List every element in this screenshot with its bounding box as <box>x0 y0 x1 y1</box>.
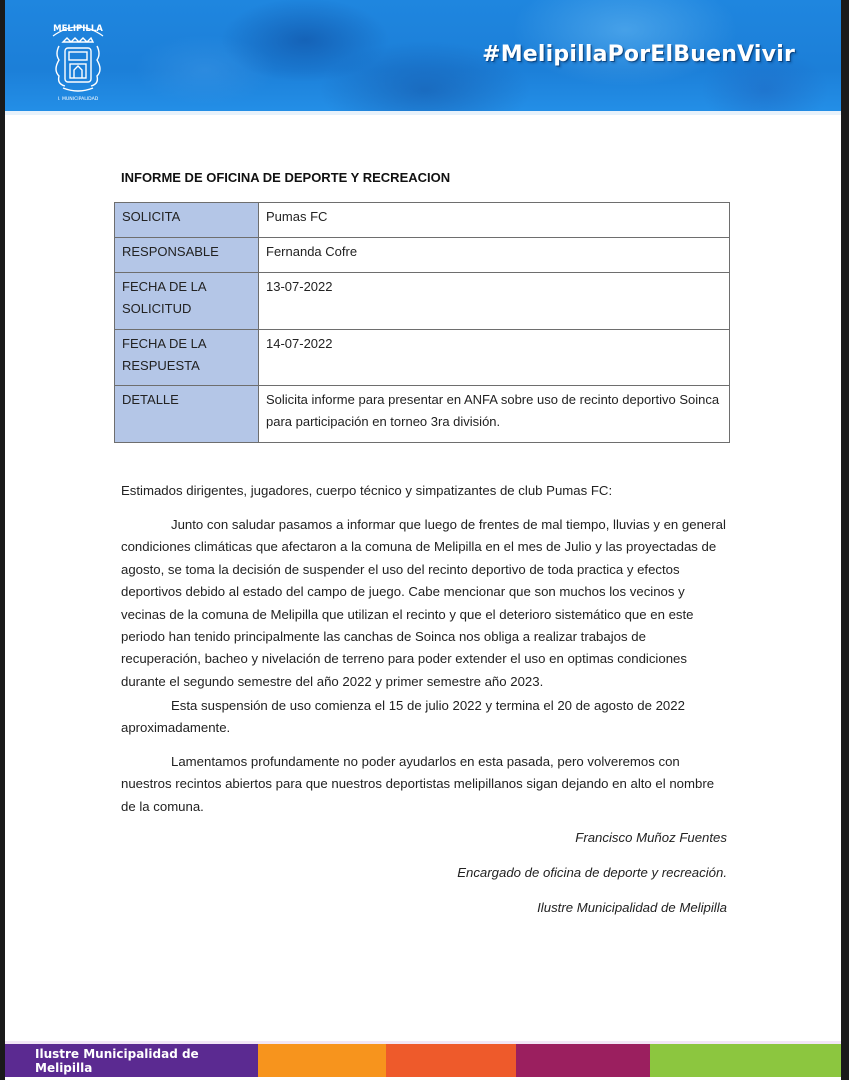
row-value: Fernanda Cofre <box>259 238 730 273</box>
screen-edge-right <box>841 0 849 1080</box>
row-value: 13-07-2022 <box>259 273 730 330</box>
municipality-crest-icon: MELIPILLA I. MUNICIPALIDAD <box>47 14 109 102</box>
request-info-table: SOLICITA Pumas FC RESPONSABLE Fernanda C… <box>114 202 730 443</box>
row-key: DETALLE <box>115 386 259 443</box>
letter-greeting: Estimados dirigentes, jugadores, cuerpo … <box>121 480 729 502</box>
footer-color-segment <box>386 1044 516 1077</box>
table-row: SOLICITA Pumas FC <box>115 203 730 238</box>
svg-text:MELIPILLA: MELIPILLA <box>53 24 103 34</box>
footer-color-bar: Ilustre Municipalidad de Melipilla <box>5 1044 841 1077</box>
row-key: RESPONSABLE <box>115 238 259 273</box>
row-value: 14-07-2022 <box>259 330 730 386</box>
signature-position: Encargado de oficina de deporte y recrea… <box>457 865 727 880</box>
footer-institution-label: Ilustre Municipalidad de Melipilla <box>5 1044 258 1077</box>
table-row: DETALLE Solicita informe para presentar … <box>115 386 730 443</box>
row-value: Pumas FC <box>259 203 730 238</box>
letter-paragraph: Esta suspensión de uso comienza el 15 de… <box>121 695 729 740</box>
table-row: RESPONSABLE Fernanda Cofre <box>115 238 730 273</box>
row-key: FECHA DE LA SOLICITUD <box>115 273 259 330</box>
table-row: FECHA DE LA RESPUESTA 14-07-2022 <box>115 330 730 386</box>
svg-text:I. MUNICIPALIDAD: I. MUNICIPALIDAD <box>58 96 99 102</box>
signature-institution: Ilustre Municipalidad de Melipilla <box>537 900 727 915</box>
screen-edge-left <box>0 0 5 1080</box>
footer-label-text: Ilustre Municipalidad de Melipilla <box>35 1047 258 1075</box>
row-value: Solicita informe para presentar en ANFA … <box>259 386 730 443</box>
row-key: FECHA DE LA RESPUESTA <box>115 330 259 386</box>
table-row: FECHA DE LA SOLICITUD 13-07-2022 <box>115 273 730 330</box>
letter-paragraph: Lamentamos profundamente no poder ayudar… <box>121 751 729 818</box>
signature-name: Francisco Muñoz Fuentes <box>575 830 727 845</box>
letter-paragraph: Junto con saludar pasamos a informar que… <box>121 514 729 693</box>
footer-color-segment <box>650 1044 841 1077</box>
header-banner: MELIPILLA I. MUNICIPALIDAD #MelipillaPor… <box>5 0 841 115</box>
footer-color-segment <box>516 1044 650 1077</box>
document-title: INFORME DE OFICINA DE DEPORTE Y RECREACI… <box>121 170 450 185</box>
footer-color-segment <box>258 1044 386 1077</box>
row-key: SOLICITA <box>115 203 259 238</box>
campaign-hashtag: #MelipillaPorElBuenVivir <box>482 42 795 67</box>
